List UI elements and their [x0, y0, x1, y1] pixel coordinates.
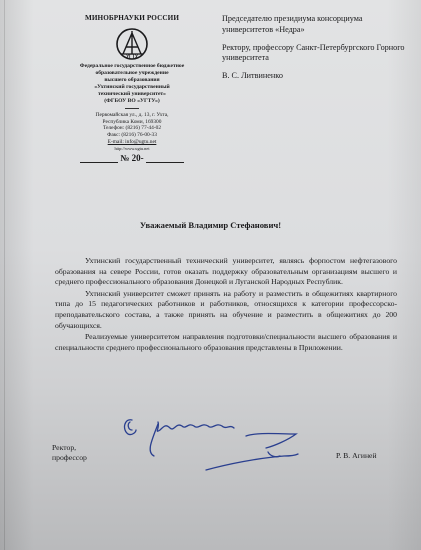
divider	[125, 108, 139, 109]
handwritten-signature	[118, 412, 318, 482]
signatory-name: Р. В. Агиней	[336, 451, 377, 460]
addressee-line-1: Председателю президиума консорциума унив…	[222, 14, 412, 36]
document-number: № 20-	[62, 153, 202, 163]
paragraph: Ухтинский университет сможет принять на …	[55, 289, 397, 331]
addressee-block: Председателю президиума консорциума унив…	[222, 14, 412, 89]
letter-body: Ухтинский государственный технический ун…	[55, 256, 397, 354]
addressee-line-2: Ректору, профессору Санкт-Петербургского…	[222, 43, 412, 65]
page-fold-line	[4, 0, 5, 550]
date-blank	[80, 154, 118, 163]
salutation: Уважаемый Владимир Стефанович!	[0, 220, 421, 230]
email-link[interactable]: E-mail: info@ugtu.net	[62, 139, 202, 146]
website-link[interactable]: http://www.ugtu.net	[62, 146, 202, 153]
paragraph: Реализуемые университетом направления по…	[55, 332, 397, 353]
organization-address: Первомайская ул., д. 13, г. Ухта, Респуб…	[62, 112, 202, 152]
letterhead: МИНОБРНАУКИ РОССИИ УГТУ Федеральное госу…	[62, 14, 202, 163]
addressee-name: В. С. Литвиненко	[222, 71, 412, 82]
letter-page: МИНОБРНАУКИ РОССИИ УГТУ Федеральное госу…	[0, 0, 421, 550]
ugtu-logo-icon: УГТУ	[115, 27, 149, 61]
paragraph: Ухтинский государственный технический ун…	[55, 256, 397, 288]
signatory-title: Ректор, профессор	[52, 443, 87, 463]
svg-text:УГТУ: УГТУ	[126, 54, 139, 60]
organization-name: Федеральное государственное бюджетное об…	[62, 63, 202, 105]
number-blank	[146, 154, 184, 163]
ministry-name: МИНОБРНАУКИ РОССИИ	[62, 14, 202, 22]
